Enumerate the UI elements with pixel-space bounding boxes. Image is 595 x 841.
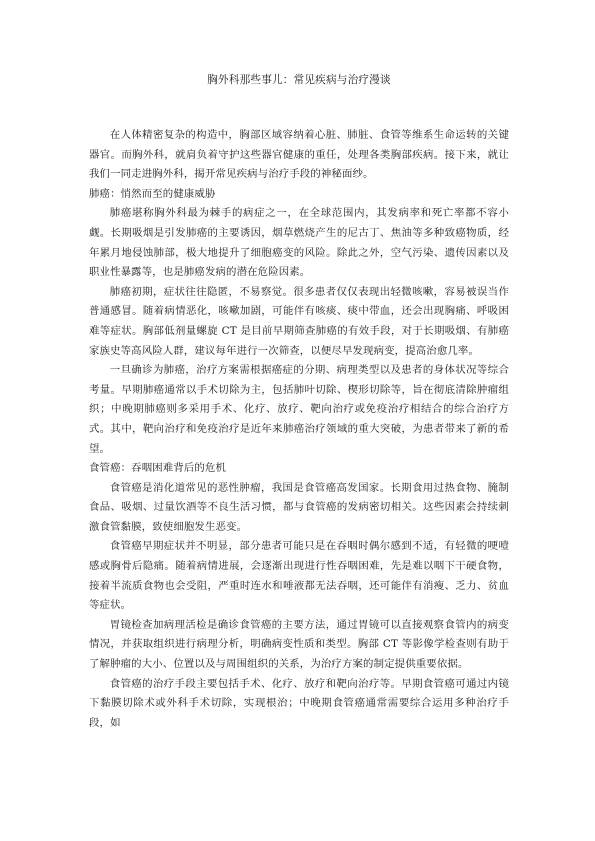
paragraph: 食管癌的治疗手段主要包括手术、化疗、放疗和靶向治疗等。早期食管癌可通过内镜下黏膜… bbox=[89, 675, 509, 734]
section-heading: 食管癌：吞咽困难背后的危机 bbox=[89, 459, 509, 479]
paragraph: 食管癌是消化道常见的恶性肿瘤，我国是食管癌高发国家。长期食用过热食物、腌制食品、… bbox=[89, 479, 509, 538]
paragraph: 肺癌堪称胸外科最为棘手的病症之一，在全球范围内，其发病率和死亡率都不容小觑。长期… bbox=[89, 204, 509, 282]
section-heading: 肺癌：悄然而至的健康威胁 bbox=[89, 185, 509, 205]
intro-paragraph: 在人体精密复杂的构造中，胸部区域容纳着心脏、肺脏、食管等维系生命运转的关键器官。… bbox=[89, 126, 509, 185]
document-title: 胸外科那些事儿：常见疾病与治疗漫谈 bbox=[89, 72, 509, 88]
paragraph: 胃镜检查加病理活检是确诊食管癌的主要方法，通过胃镜可以直接观察食管内的病变情况，… bbox=[89, 616, 509, 675]
paragraph: 一旦确诊为肺癌，治疗方案需根据癌症的分期、病理类型以及患者的身体状况等综合考量。… bbox=[89, 361, 509, 459]
paragraph: 肺癌初期，症状往往隐匿，不易察觉。很多患者仅仅表现出轻微咳嗽，容易被误当作普通感… bbox=[89, 283, 509, 361]
section-esophageal-cancer: 食管癌：吞咽困难背后的危机 食管癌是消化道常见的恶性肿瘤，我国是食管癌高发国家。… bbox=[89, 459, 509, 733]
paragraph: 食管癌早期症状并不明显，部分患者可能只是在吞咽时偶尔感到不适，有轻微的哽噎感或胸… bbox=[89, 537, 509, 615]
section-lung-cancer: 肺癌：悄然而至的健康威胁 肺癌堪称胸外科最为棘手的病症之一，在全球范围内，其发病… bbox=[89, 185, 509, 459]
document-page: 胸外科那些事儿：常见疾病与治疗漫谈 在人体精密复杂的构造中，胸部区域容纳着心脏、… bbox=[89, 72, 509, 733]
